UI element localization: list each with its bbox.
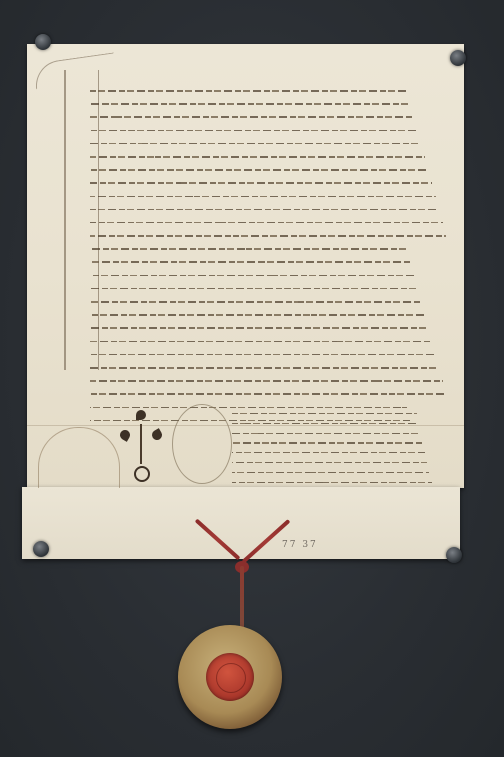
fleur-petal-icon <box>136 410 146 420</box>
script-line <box>90 156 450 165</box>
script-line <box>90 169 450 178</box>
script-line <box>90 248 450 257</box>
script-line <box>90 380 450 389</box>
script-line <box>90 90 450 99</box>
script-line <box>90 209 450 218</box>
script-line <box>232 433 442 440</box>
fleur-petal-icon <box>150 428 164 442</box>
mounting-pin-top-left <box>35 34 51 50</box>
script-line <box>90 288 450 297</box>
fleur-petal-icon <box>118 428 132 442</box>
main-charter-text <box>90 86 450 426</box>
script-line <box>232 452 442 459</box>
archival-number: 77 37 <box>282 540 318 550</box>
mounting-pin-top-right <box>450 50 466 66</box>
script-line <box>232 482 442 485</box>
wax-seal <box>178 625 282 729</box>
seal-cord-hanging <box>240 566 244 634</box>
seal-impression <box>206 653 254 701</box>
script-line <box>90 143 450 152</box>
script-line <box>232 423 442 430</box>
mounting-pin-bottom-right <box>446 547 462 563</box>
script-line <box>90 327 450 336</box>
script-line <box>90 314 450 323</box>
script-line <box>90 182 450 191</box>
script-line <box>90 301 450 310</box>
fleur-stem <box>140 424 142 464</box>
script-line <box>232 442 442 449</box>
script-line <box>232 462 442 469</box>
notary-subscription-text <box>232 410 442 485</box>
script-line <box>90 235 450 244</box>
script-line <box>90 130 450 139</box>
script-line <box>90 261 450 270</box>
script-line <box>232 472 442 479</box>
script-line <box>90 393 450 402</box>
script-line <box>90 367 450 376</box>
script-line <box>90 103 450 112</box>
script-line <box>90 116 450 125</box>
script-line <box>90 341 450 350</box>
script-line <box>90 222 450 231</box>
script-line <box>90 275 450 284</box>
script-line <box>90 196 450 205</box>
seal-emblem-icon <box>216 663 246 693</box>
plica-fold <box>22 487 460 559</box>
notary-monogram <box>172 404 232 484</box>
signet-rosette-icon <box>134 466 150 482</box>
mounting-pin-bottom-left <box>33 541 49 557</box>
script-line <box>90 354 450 363</box>
notary-signet-fleur-de-lis <box>116 404 166 484</box>
script-line <box>232 413 442 420</box>
